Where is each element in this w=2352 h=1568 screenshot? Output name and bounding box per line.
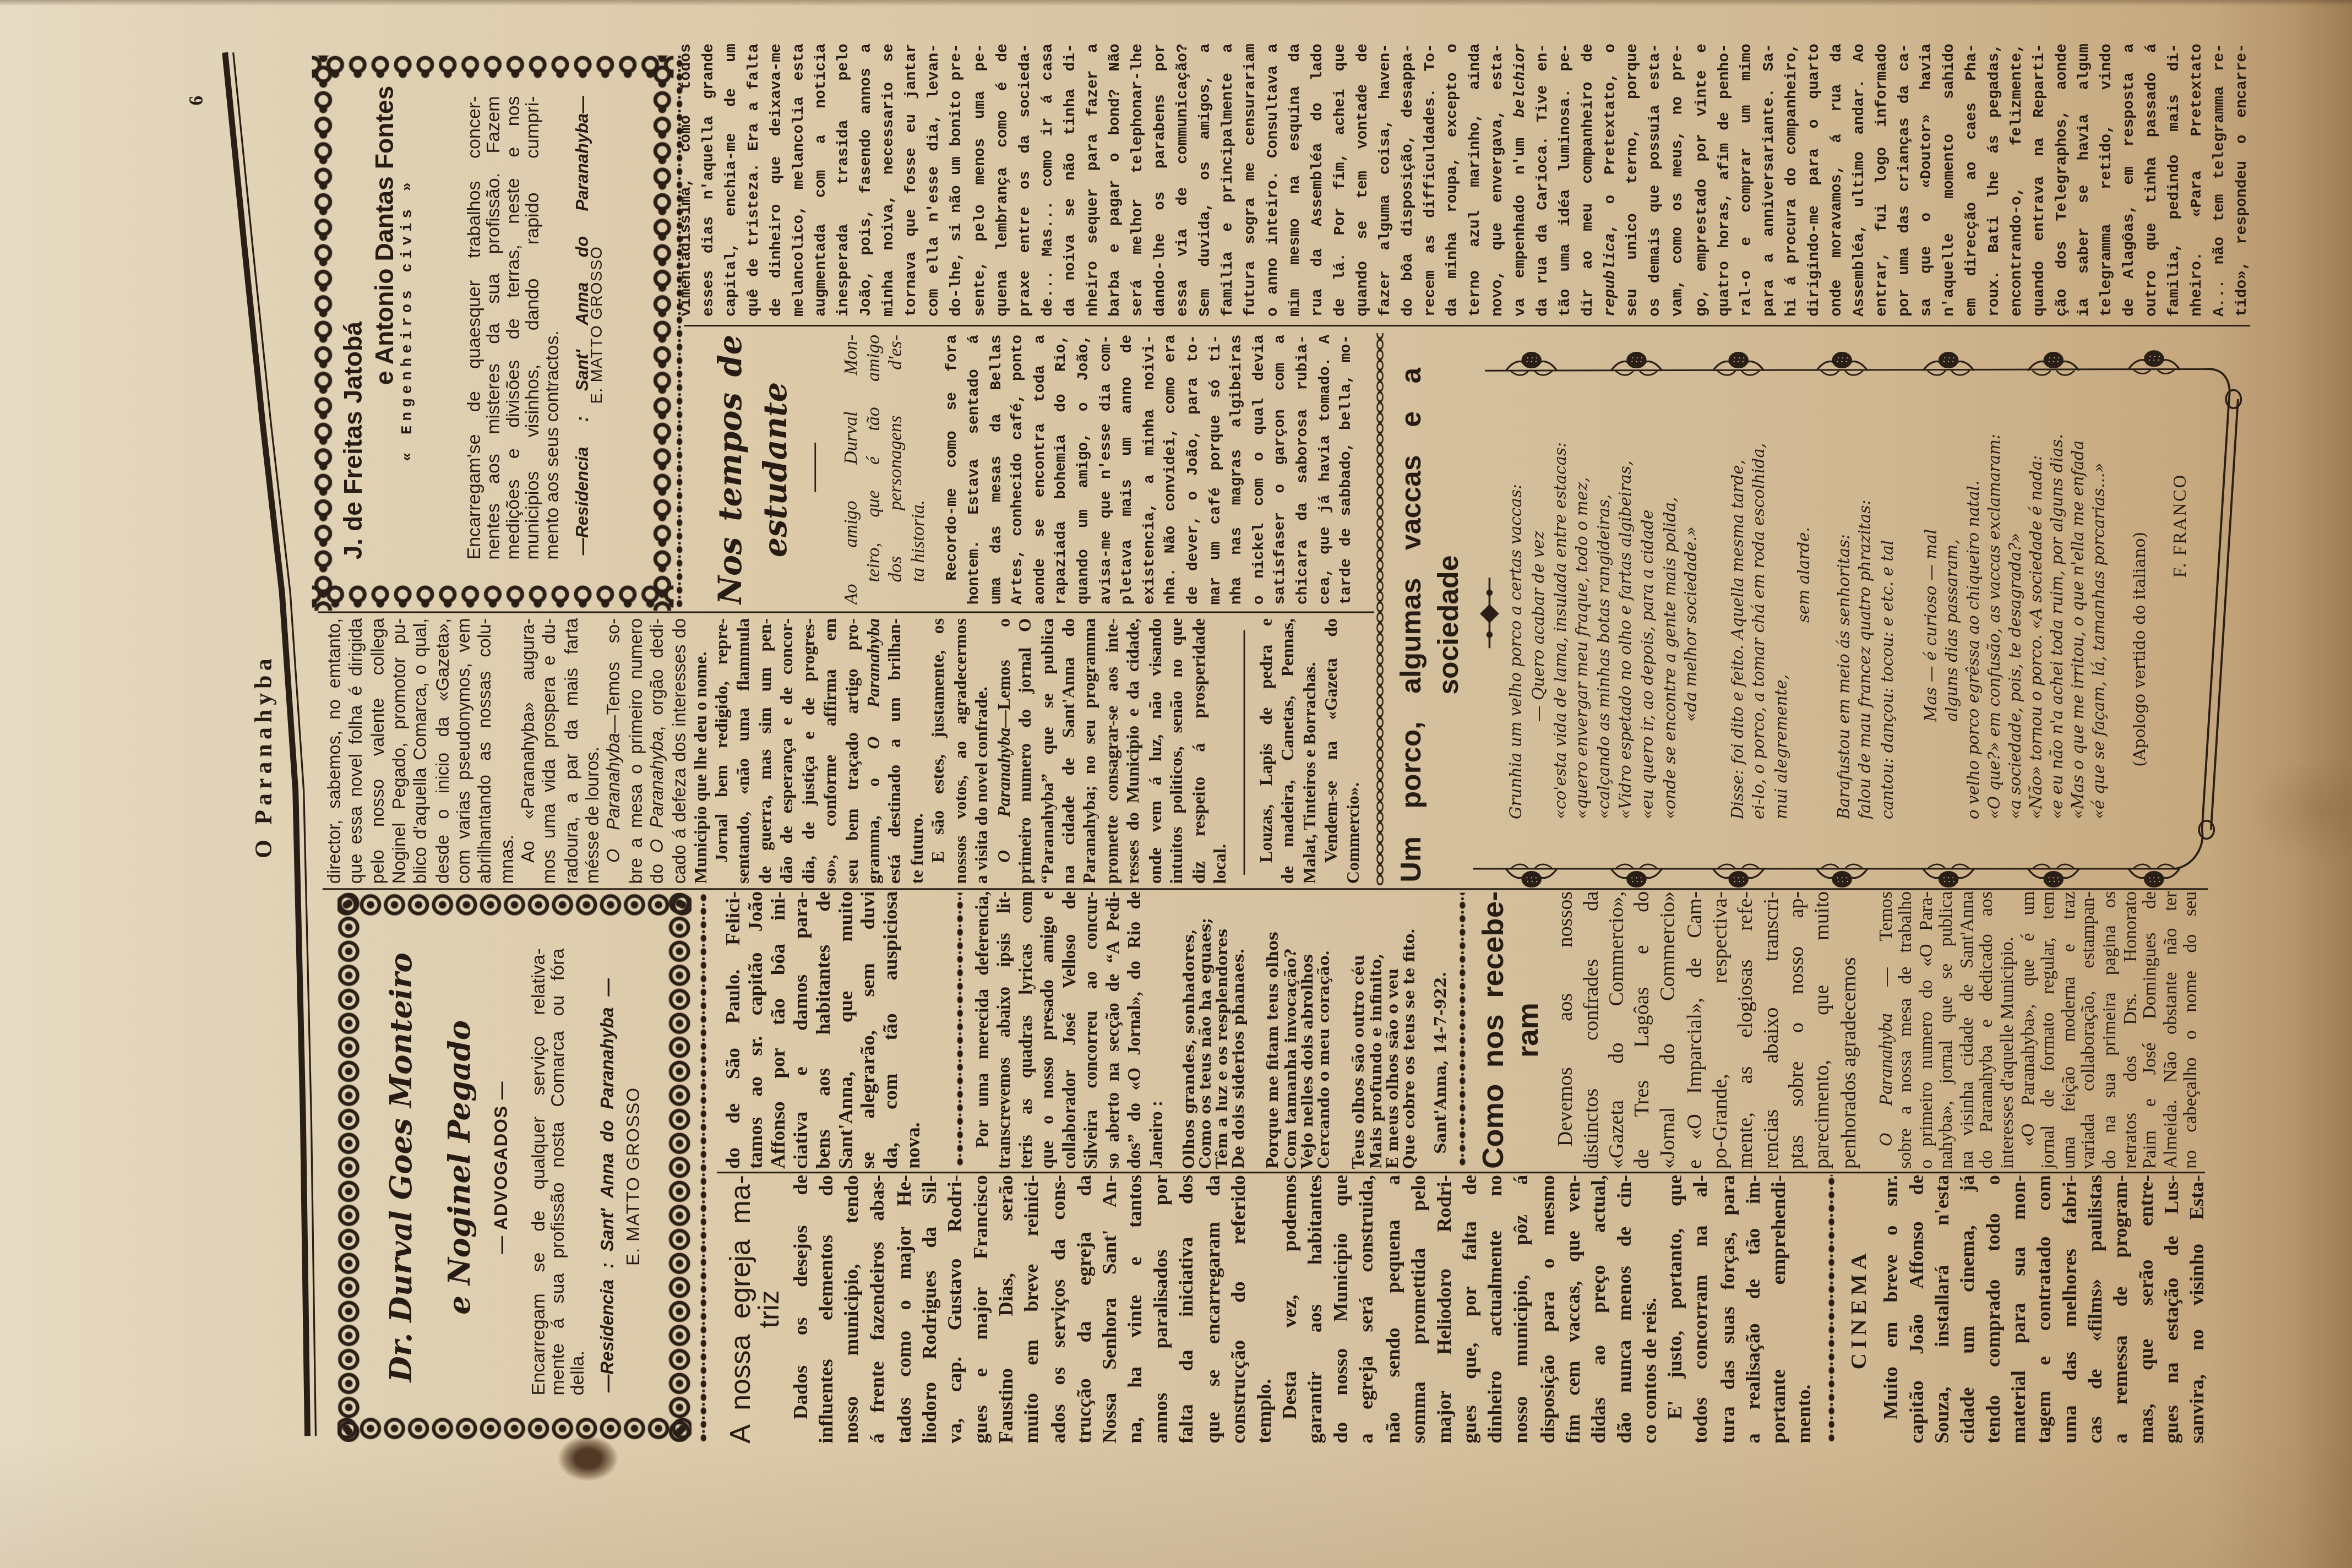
text-line: barba e pagar o bond? Não xyxy=(1105,43,1128,317)
text-line: diz respeito á prosperidade xyxy=(1188,618,1209,884)
text-line: «onde se encontre a gente mais polida, xyxy=(1660,384,1682,819)
paragraph: Vendem-se na «Gazeta doCommercio». xyxy=(1320,618,1364,884)
text-line: vimentadissima, como todos xyxy=(677,43,699,317)
text-line: quando um amigo, o João, xyxy=(1074,335,1096,605)
press-review-excerpt: O Paranahyba — Temossobre a nossa mesa d… xyxy=(1876,891,2202,1169)
text-line: do de São Paulo. Felici- xyxy=(721,891,744,1169)
text-line: de dinheiro que deixava-me xyxy=(767,43,790,317)
poem-stanza-3: Barafustou em meio ás senhoritas:falou d… xyxy=(1834,384,1899,819)
paragraph: Porque me fitam teus olhosCom tamanha in… xyxy=(1267,891,1333,1169)
text-line: nova. xyxy=(901,891,924,1169)
title-reference: O Paranahyba xyxy=(604,733,625,863)
text-line: Faustino Dias, serão xyxy=(993,1175,1019,1444)
text-line: E são estes, justamente, os xyxy=(928,618,949,884)
text-line: teris as quadras lyricas com xyxy=(1015,891,1037,1169)
article-body-nos-tempos-de-estudante: Recordo-me como se forahontem. Estava se… xyxy=(943,335,1359,605)
title-divider-ornament-icon xyxy=(1481,578,1498,648)
text-line: dos personagens d'es- xyxy=(885,335,907,605)
text-line: de Alagôas, em resposta a xyxy=(2120,43,2142,317)
title-reference: belchior xyxy=(1512,43,1531,118)
text-line: dão de esperança e de concor- xyxy=(776,618,797,884)
text-line: O Paranahyba—Lemos o xyxy=(993,618,1014,884)
text-line: dinheiro actualmente no xyxy=(1482,1175,1508,1444)
text-line: Nos tempos de xyxy=(707,335,753,605)
ad-louzas-lapis: Louzas, Lapis de pedra ede madeira, Cane… xyxy=(1255,618,1364,884)
ad-state: E. MATTO GROSSO xyxy=(624,911,643,1442)
ad-title-line1: Dr. Durval Goes Monteiro xyxy=(383,893,418,1442)
text-line: que essa novel folha é dirigida xyxy=(345,618,367,884)
text-line: Devemos aos nossos xyxy=(1553,891,1579,1169)
text-line: será melhor telephonar-lhe xyxy=(1128,43,1150,317)
text-line: nheiro. «Para Pretextato xyxy=(2187,43,2210,317)
text-line: «eu quero ir, ao depois, para a cidade xyxy=(1638,384,1660,819)
text-line: terno azul marinho, ainda xyxy=(1466,43,1488,317)
text-line: Municipio que lhe deu o nome. xyxy=(689,618,711,884)
text-line: va, cap. Gustavo Rodri- xyxy=(942,1175,968,1444)
text-run: — Temos xyxy=(1876,891,1895,1013)
text-line: nosso municipio, pôz á xyxy=(1508,1175,1534,1444)
text-line: bens aos habitantes de xyxy=(811,891,834,1169)
ad-body: Encarregam se de qualquer serviço relati… xyxy=(530,948,588,1395)
title-reference: O Paranahyba xyxy=(1876,1013,1895,1146)
text-line: interesses d'aquelle Municipio. xyxy=(1998,891,2018,1169)
paragraph: Teus olhos são outro céuMais profundo e … xyxy=(1352,891,1419,1169)
text-line: liodoro Rodrigues da Sil- xyxy=(916,1175,942,1444)
text-line: “Paranahyba” que se publica xyxy=(1036,618,1057,884)
text-line: nosso municipio, tendo xyxy=(839,1175,865,1444)
text-line: vam, como os meus, no pre- xyxy=(1669,43,1691,317)
text-line: novo, que envergava, esta- xyxy=(1488,43,1511,317)
text-line: material para sua mon- xyxy=(2006,1175,2031,1444)
text-line: á frente fazendeiros abas- xyxy=(865,1175,891,1444)
text-line: Ao «Paranahyba» augura- xyxy=(518,618,539,884)
paragraph: Muito em breve o snr.capitão João Affons… xyxy=(1878,1175,2210,1444)
text-line: o velho porco egrêssa ao chiqueiro natal… xyxy=(1964,384,1985,819)
text-line: Como os teus não ha eguaes; xyxy=(1198,891,1215,1169)
text-line: garantir aos habitantes xyxy=(1302,1175,1328,1444)
text-line: go, emprestado por vinte e xyxy=(1691,43,1714,317)
text-run: va empenhado n'um xyxy=(1512,118,1531,317)
text-line: mente, as elogiosas refe- xyxy=(1734,891,1760,1169)
text-line: n'aquelle momento sahido xyxy=(1939,43,1962,317)
text-line: a egreja será construida, xyxy=(1354,1175,1380,1444)
text-line: chicara da saborosa rubia- xyxy=(1293,335,1315,605)
bracket-knot-icon xyxy=(2199,821,2214,839)
text-line: da minha roupa, excepto o xyxy=(1443,43,1466,317)
text-line: Vejo nelles dois abrolhos xyxy=(1300,891,1316,1169)
text-line: retratos dos Drs. Honorato xyxy=(2120,891,2141,1169)
text-line: rua da Assembléa do lado xyxy=(1308,43,1331,317)
flower-ornament-icon xyxy=(1713,352,1764,375)
text-line: cantou: dançou: tocou: e etc. e tal xyxy=(1877,384,1899,819)
text-line: aonde se encontra toda a xyxy=(1030,335,1052,605)
flower-ornament-icon xyxy=(1816,864,1868,887)
text-line: parecimento, que muito xyxy=(1811,891,1837,1169)
ad-engenheiros: J. de Freitas Jatobá e Antonio Dantas Fo… xyxy=(312,56,674,611)
text-line: Grunhia um velho porco a certas vaccas: xyxy=(1506,384,1528,819)
quadras-poem: Olhos grandes, sonhadores,Como os teus n… xyxy=(1182,891,1438,1169)
text-line: nahyba», jornal que se publica xyxy=(1937,891,1957,1169)
text-line: tarde de sabbado, bella, mo- xyxy=(1337,335,1359,605)
text-line: rencias abaixo transcri- xyxy=(1760,891,1785,1169)
text-line: do-lhe, si não um bonito pre- xyxy=(947,43,970,317)
text-line: do na sua primeira pagina os xyxy=(2100,891,2120,1169)
text-run: do xyxy=(647,853,668,884)
text-line: ta historia. xyxy=(907,335,930,605)
text-line: telegramma retido, vindo xyxy=(2097,43,2120,317)
text-line: roux. Bati lhe ás pegadas, xyxy=(1984,43,2007,317)
flower-ornament-icon xyxy=(2028,864,2079,887)
dotted-separator xyxy=(699,893,708,1442)
flower-ornament-icon xyxy=(1506,352,1557,375)
text-line: o nickel com o qual devia xyxy=(1249,335,1271,605)
text-line: disposição para o mesmo xyxy=(1534,1175,1560,1444)
paragraph: O Paranahyba—Lemos oprimeiro numero do j… xyxy=(993,618,1231,884)
paragraph: O Paranahyba — Temossobre a nossa mesa d… xyxy=(1876,891,2018,1169)
text-line: so», conforme affirma em xyxy=(819,618,841,884)
title-reference: O Paranahyba xyxy=(647,731,668,853)
text-line: uma das mesas da Bellas xyxy=(986,335,1008,605)
text-line: encontrando-o, felizmente, xyxy=(2007,43,2029,317)
text-line: A nossa egreja ma- xyxy=(728,1175,757,1444)
text-line: «Jornal do Commercio» xyxy=(1657,891,1683,1169)
bracket-knot-icon xyxy=(2226,390,2241,409)
text-line: «quero envergar meu fraque, todo o mez, xyxy=(1572,384,1594,819)
paragraph: E são estes, justamente, osnossos votos,… xyxy=(928,618,993,884)
scanned-newspaper-sheet: 6 O Paranahyba xyxy=(0,0,2352,1568)
text-line: falou de mau francez quatro phrazitas: xyxy=(1855,384,1877,819)
text-line: para a anniversariante. Sa- xyxy=(1759,43,1782,317)
text-line: no cabeçalho o nome do seu xyxy=(2182,891,2202,1169)
text-line: recem as difficuldades. To- xyxy=(1420,43,1443,317)
text-line: ptas sobre o nosso ap- xyxy=(1785,891,1811,1169)
ad-subtitle: « Engenheiros civis » xyxy=(400,177,418,462)
text-line: melancolico, melancolia esta xyxy=(790,43,812,317)
text-line: Souza, installará n'esta xyxy=(1929,1175,1954,1444)
text-line: Jornal bem redigido, repre- xyxy=(711,618,732,884)
text-line: que se encarregaram da xyxy=(1199,1175,1225,1444)
text-line: gramma, o O Paranahyba xyxy=(863,618,884,884)
text-line: cidade um cinema, já xyxy=(1954,1175,1980,1444)
text-line: capitão João Affonso de xyxy=(1903,1175,1929,1444)
text-line: alguns dias passaram, xyxy=(1942,384,1963,819)
frame-closing-bracket-inner xyxy=(2211,399,2238,830)
text-line: dando-lhe os parabens por xyxy=(1150,43,1173,317)
article-body-cinema: Muito em breve o snr.capitão João Affons… xyxy=(1878,1175,2210,1444)
text-line: gues que, por falta de xyxy=(1457,1175,1483,1444)
text-line: della. xyxy=(569,948,588,1395)
text-line: O Paranahyba—Temos so- xyxy=(604,618,625,884)
text-line: que o nosso presado amigo e xyxy=(1037,891,1059,1169)
text-line: nha. Não convidei, como era xyxy=(1162,335,1184,605)
article-heading-nos-tempos-de-estudante: Nos tempos deestudante xyxy=(707,335,799,605)
text-line: «Vidro espetado no olho e fartas algibei… xyxy=(1616,384,1638,819)
text-line: De dois siderios phanaes. xyxy=(1231,891,1248,1169)
text-line: republica, o Pretextato, o xyxy=(1601,43,1624,317)
text-line: de dever, o João, para to- xyxy=(1184,335,1206,605)
text-line: municipios visinhos, dando rapido cumpri… xyxy=(524,96,543,559)
paragraph: Recordo-me como se forahontem. Estava se… xyxy=(943,335,1359,605)
title-reference: O Paranahyba xyxy=(993,728,1014,863)
text-line: tamos ao sr. capitão João xyxy=(744,891,766,1169)
text-line: «da melhor sociedade.» xyxy=(1682,384,1704,819)
text-line: não sendo pequena a xyxy=(1379,1175,1405,1444)
paragraph: Jornal bem redigido, repre-sentando, «nã… xyxy=(711,618,927,884)
text-line: «Mas o que me irritou, o que n'ella me e… xyxy=(2069,384,2090,819)
text-line: do nosso Municipio que xyxy=(1328,1175,1354,1444)
text-line: esses dias n'aquella grande xyxy=(699,43,722,317)
text-line: abrilhantando as nossas colu- xyxy=(475,618,496,884)
flower-ornament-icon xyxy=(2128,351,2180,374)
text-line: «co'esta vida de lama, insulada entre es… xyxy=(1550,384,1572,819)
flower-ornament-icon xyxy=(1923,864,1974,887)
text-line: penhorados agradecemos xyxy=(1837,891,1863,1169)
text-line: onde moravamos, á rua da xyxy=(1827,43,1849,317)
text-run: gramma, o xyxy=(863,749,884,884)
text-line: Paim e José Domingues de xyxy=(2141,891,2161,1169)
text-run: , orgão dedi- xyxy=(647,618,668,731)
text-line: tagem e contratado com xyxy=(2031,1175,2056,1444)
text-line: blico d'aquella Comarca, o qual, xyxy=(410,618,431,884)
ad-state: E. MATTO GROSSO xyxy=(590,224,606,426)
text-line: gues e major Francisco xyxy=(968,1175,994,1444)
text-line: teiro, que é tão amigo xyxy=(862,335,885,605)
text-line: de... Mas... como ir á casa xyxy=(1037,43,1060,317)
text-line: pletava mais um anno de xyxy=(1118,335,1140,605)
text-line: influentes elementos do xyxy=(813,1175,839,1444)
text-line: entrar, fui logo informado xyxy=(1871,43,1894,317)
text-line: Teus olhos são outro céu xyxy=(1352,891,1369,1169)
paragraph: Desta vez, podemosgarantir aos habitante… xyxy=(1276,1175,1662,1444)
text-line: nentes aos misteres da sua profissão. Fa… xyxy=(484,96,504,559)
text-line: Dados os desejos de xyxy=(787,1175,813,1444)
text-line: va empenhado n'um belchior xyxy=(1511,43,1533,317)
text-line: transcrevemos abaixo ipsis lit- xyxy=(993,891,1015,1169)
flower-ornament-icon xyxy=(1611,352,1662,375)
text-line: de lá. Por fim, achei que xyxy=(1331,43,1353,317)
scroll-border-top xyxy=(312,56,335,611)
text-line: — Quero acabar de vez xyxy=(1528,384,1550,819)
heading-underline-rule xyxy=(814,443,815,492)
text-line: nha nas magras algibeiras xyxy=(1227,335,1249,605)
text-line: ram xyxy=(1512,891,1547,1169)
text-line: ção dos Telegraphos, aonde xyxy=(2052,43,2075,317)
dotted-separator xyxy=(1827,1175,1836,1442)
ink-stain xyxy=(558,1436,618,1481)
text-line: do Paranahyba e dedicado aos xyxy=(1978,891,1998,1169)
text-line: Mais profundo e infinito, xyxy=(1369,891,1385,1169)
text-line: os demais que possuia esta- xyxy=(1646,43,1669,317)
text-line: na cidade de Sant'Anna do xyxy=(1058,618,1079,884)
text-line: de madeira, Canetas, Pennas, xyxy=(1277,618,1298,884)
title-reference: O Paranahyba xyxy=(863,618,884,749)
poem-stanza-4: Mas — é curioso — malalguns dias passara… xyxy=(1921,384,2111,819)
text-line: dir ao meu companheiro de xyxy=(1578,43,1601,317)
text-run: —Temos so- xyxy=(604,618,625,733)
text-line: na, ha vinte e tantos xyxy=(1122,1175,1148,1444)
flower-ornament-icon xyxy=(1816,352,1868,375)
text-line: mas, que serão entre- xyxy=(2133,1175,2159,1444)
text-line: sa que o «Doutor» havia xyxy=(1917,43,1939,317)
paragraph: Municipio que lhe deu o nome. xyxy=(689,618,711,884)
text-line: Paranahyba; no seu programma xyxy=(1079,618,1101,884)
article-heading-cinema: CINEMA xyxy=(1847,1175,1874,1444)
text-line: O Paranahyba — Temos xyxy=(1876,891,1896,1169)
text-line: Janeiro : xyxy=(1145,891,1167,1169)
text-line: fazer alguma coisa, haven- xyxy=(1376,43,1398,317)
text-line: mui alegremente, xyxy=(1772,384,1794,819)
text-line: somma promettida pelo xyxy=(1405,1175,1431,1444)
text-line: gues na estação de Lus- xyxy=(2159,1175,2184,1444)
press-review-continued: director, sabemos, no emtanto,que essa n… xyxy=(324,618,690,884)
text-line: e «O Imparcial», de Cam- xyxy=(1683,891,1708,1169)
text-line: «O Paranahyba», que é um xyxy=(2018,891,2039,1169)
text-line: resses do Municipio e da cidade, xyxy=(1123,618,1144,884)
text-line: inesperada trasida pelo xyxy=(835,43,857,317)
paragraph: do de São Paulo. Felici-tamos ao sr. cap… xyxy=(721,891,924,1169)
paragraph: O Paranahyba—Temos so-bre a mesa o prime… xyxy=(604,618,690,884)
paragraph: Olhos grandes, sonhadores,Como os teus n… xyxy=(1182,891,1248,1169)
text-line: quê de tristeza. Era a falta xyxy=(744,43,767,317)
text-line: ei-lo, o porco, a tomar chá em roda esco… xyxy=(1750,384,1772,819)
text-line: muito em breve reinici- xyxy=(1019,1175,1045,1444)
text-line: Encarregam se de qualquer serviço relati… xyxy=(530,948,549,1395)
text-line: templo. xyxy=(1251,1175,1277,1444)
text-line: tura das suas forças, para xyxy=(1714,1175,1740,1444)
paragraph: E' justo, portanto, quetodos concorram n… xyxy=(1663,1175,1817,1444)
text-line: desde o inicio da «Gazeta», xyxy=(432,618,453,884)
text-line: «Não» tornou o porco. «A sociedade é nad… xyxy=(2027,384,2048,819)
text-line: promette consagrar-se aos inte- xyxy=(1101,618,1122,884)
text-line: a remessa de program- xyxy=(2108,1175,2133,1444)
text-line: mim mesmo na esquina da xyxy=(1286,43,1308,317)
paragraph: «O Paranahyba», que é umjornal de format… xyxy=(2018,891,2202,1169)
text-line: do bôa disposição, desappa- xyxy=(1398,43,1420,317)
text-line: Têm a luz e os resplendores xyxy=(1215,891,1231,1169)
text-line: Commercio». xyxy=(1342,618,1363,884)
text-line: Louzas, Lapis de pedra e xyxy=(1255,618,1277,884)
text-line: mar um café porque só ti- xyxy=(1205,335,1227,605)
text-line: dão nunca menos de cin- xyxy=(1611,1175,1637,1444)
text-line: bre a mesa o primeiro numero xyxy=(625,618,647,884)
ad-body: Encarregam'se de quaesquer trabalhos con… xyxy=(464,96,562,559)
text-line: quatro horas, afim de penho- xyxy=(1714,43,1736,317)
scroll-border-left xyxy=(312,585,674,611)
text-line: dos” do «O Jornal», do Rio de xyxy=(1124,891,1146,1169)
flower-ornament-icon xyxy=(1506,864,1557,887)
text-line: outro que tinha passado á xyxy=(2142,43,2165,317)
text-line: A... não tem telegramma re- xyxy=(2210,43,2233,317)
text-line: Artes, conhecido café, ponto xyxy=(1008,335,1030,605)
article-body-nos-tempos-continued: vimentadissima, como todosesses dias n'a… xyxy=(677,43,2255,317)
press-review-continued-2: Municipio que lhe deu o nome.Jornal bem … xyxy=(689,618,1231,884)
text-run: —Lemos o xyxy=(993,618,1014,728)
text-line: Que cobre os teus se te fito. xyxy=(1402,891,1419,1169)
text-line: co contos de reis. xyxy=(1637,1175,1663,1444)
text-line: familia e principalmente a xyxy=(1218,43,1240,317)
text-line: intuitos politicos, senão no que xyxy=(1166,618,1187,884)
article-heading-egreja-matriz: A nossa egreja ma-triz xyxy=(728,1175,786,1444)
poem-note: (Apologo vertido do italiano) xyxy=(2130,437,2149,767)
text-line: triz xyxy=(756,1175,786,1444)
text-line: Almeida. Não obstante não ter xyxy=(2161,891,2181,1169)
text-line: Um porco, algumas vaccas e a xyxy=(1393,368,1431,883)
text-line: João, pois, fasendo annos a xyxy=(857,43,880,317)
text-line: Cercando o meu coração. xyxy=(1316,891,1333,1169)
text-line: o primeiro numero do «O Para- xyxy=(1917,891,1937,1169)
text-line: falta da iniciativa dos xyxy=(1173,1175,1199,1444)
text-line: Sant'Anna, que muito xyxy=(834,891,856,1169)
text-line: ciativa e damos para- xyxy=(789,891,812,1169)
text-line: local. xyxy=(1209,618,1231,884)
text-line: Como nos recebe- xyxy=(1478,891,1512,1169)
article-body-como-nos-receberam: Devemos aos nossosdistinctos confrades d… xyxy=(1553,891,1863,1169)
text-line: onde vem á luz, não visando xyxy=(1144,618,1166,884)
text-line: tido», respondeu o encarre- xyxy=(2233,43,2255,317)
text-line: nossos votos, ao agradecermos xyxy=(949,618,971,884)
text-line: annos paralisados por xyxy=(1148,1175,1174,1444)
text-line: tados como o major He- xyxy=(890,1175,916,1444)
text-line: tornava que fosse eu jantar xyxy=(902,43,925,317)
text-line: minha noiva, necessario se xyxy=(880,43,902,317)
scroll-border-bottom xyxy=(650,56,674,611)
text-line: tão uma idéa luminosa. pe- xyxy=(1556,43,1578,317)
text-run: , o Pretextato, o xyxy=(1603,43,1621,233)
floral-border-right-line xyxy=(1485,369,2208,371)
text-line: sente, pelo menos uma pe- xyxy=(970,43,992,317)
ad-title-line2: e Noginel Pegado xyxy=(441,893,477,1442)
text-line: cea, que já havia tomado. A xyxy=(1315,335,1337,605)
flower-ornament-icon xyxy=(1713,864,1764,887)
text-line: Silveira concorreu ao concur- xyxy=(1080,891,1102,1169)
text-line: Mas — é curioso — mal xyxy=(1921,384,1942,819)
article-heading-como-nos-receberam: Como nos recebe-ram xyxy=(1478,891,1547,1169)
text-line: hi á procura do companheiro, xyxy=(1782,43,1804,317)
text-line: Disse: foi dito e feito. Aquella mesma t… xyxy=(1727,384,1750,819)
text-line: do O Paranahyba, orgão dedi- xyxy=(647,618,668,884)
poem-title: Um porco, algumas vaccas e asociedade xyxy=(1393,368,1468,883)
text-line: a visita do novel confrade. xyxy=(971,618,992,884)
text-line: medições e divisões de terras, neste e n… xyxy=(504,96,524,559)
text-line: quena lembrança como é de xyxy=(992,43,1015,317)
text-line: Encarregam'se de quaesquer trabalhos con… xyxy=(464,96,484,559)
text-line: collaborador José Velloso de xyxy=(1058,891,1080,1169)
text-line: Assembléa, ultimo andar. Ao xyxy=(1849,43,1872,317)
text-line: por uma das crianças da ca- xyxy=(1894,43,1917,317)
text-line: na visinha cidade de Sant'Anna xyxy=(1957,891,1978,1169)
text-line: Com tamanha invocação? xyxy=(1283,891,1300,1169)
text-line: da noiva se não tinha di- xyxy=(1060,43,1082,317)
text-line: portante emprehendi- xyxy=(1766,1175,1792,1444)
chain-ornament-rule xyxy=(1375,333,1384,885)
article-dedication: Ao amigo Durval Mon-teiro, que é tão ami… xyxy=(839,335,930,605)
paragraph: Louzas, Lapis de pedra ede madeira, Cane… xyxy=(1255,618,1320,884)
text-line: de guerra, mas sim um pen- xyxy=(754,618,776,884)
text-line: praxe entre os da socieda- xyxy=(1015,43,1037,317)
quadras-intro: Por uma merecida deferencia,transcrevemo… xyxy=(971,891,1167,1169)
text-line: está destinado a um brilhan- xyxy=(884,618,906,884)
flower-ornament-icon xyxy=(1923,352,1974,375)
text-line: fim cem vaccas, que ven- xyxy=(1560,1175,1586,1444)
text-line: rapaziada bohemia do Rio, xyxy=(1052,335,1074,605)
text-line: seu unico terno, porque xyxy=(1624,43,1646,317)
text-line: «calçando as minhas botas rangideiras, xyxy=(1594,384,1616,819)
scroll-border-right xyxy=(312,56,674,81)
poem-author: F. FRANCO xyxy=(2169,428,2191,578)
text-line: capital, enchia-me de um xyxy=(722,43,744,317)
dotted-separator xyxy=(956,893,965,1166)
text-line: te futuro. xyxy=(906,618,927,884)
